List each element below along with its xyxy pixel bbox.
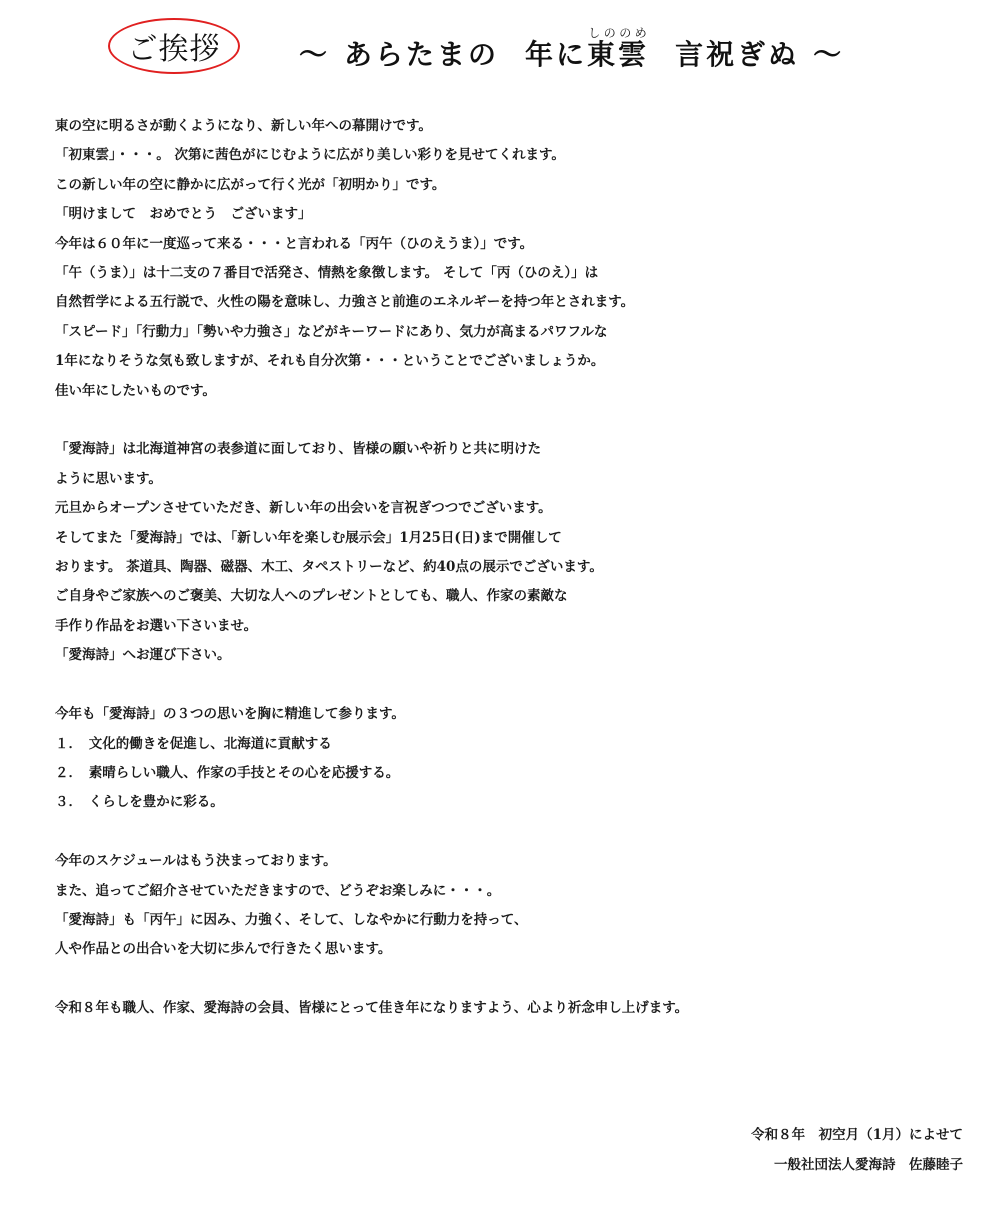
title-phrase-3: 言祝ぎぬ <box>675 38 799 71</box>
page-title: 〜あらたまの年に東雲しののめ言祝ぎぬ〜 <box>285 26 858 73</box>
text-line: 「午（うま）」は十二支の７番目で活発さ、情熱を象徴します。 そして「丙（ひのえ）… <box>55 259 955 288</box>
text-line: 東の空に明るさが動くようになり、新しい年への幕開けです。 <box>55 112 955 141</box>
paragraph-exhibition: 「愛海詩」は北海道神宮の表参道に面しており、皆様の願いや祈りと共に明けた ように… <box>55 435 955 670</box>
paragraph-three-principles: 今年も「愛海詩」の３つの思いを胸に精進して参ります。 １． 文化的働きを促進し、… <box>55 700 955 818</box>
greeting-badge: ご挨拶 <box>108 18 240 74</box>
text-line: 今年は６０年に一度巡って来る・・・と言われる「丙午（ひのえうま）」です。 <box>55 230 955 259</box>
text-line: ように思います。 <box>55 465 955 494</box>
text-line: 「初東雲」・・・。 次第に茜色がにじむように広がり美しい彩りを見せてくれます。 <box>55 141 955 170</box>
title-phrase-2-prefix: 年に <box>525 38 587 71</box>
text-line: 佳い年にしたいものです。 <box>55 377 955 406</box>
text-line: おります。 茶道具、陶器、磁器、木工、タペストリーなど、約40点の展示でございま… <box>55 553 955 582</box>
text-line: 自然哲学による五行説で、火性の陽を意味し、力強さと前進のエネルギーを持つ年とされ… <box>55 288 955 317</box>
tilde-left: 〜 <box>299 38 330 71</box>
letter-body: 東の空に明るさが動くようになり、新しい年への幕開けです。 「初東雲」・・・。 次… <box>55 112 955 1053</box>
title-ruby-shinonome: 東雲しののめ <box>587 38 649 71</box>
list-item: ２． 素晴らしい職人、作家の手技とその心を応援する。 <box>55 759 955 788</box>
paragraph-closing: 令和８年も職人、作家、愛海詩の会員、皆様にとって佳き年になりますよう、心より祈念… <box>55 994 955 1023</box>
text-line: 今年のスケジュールはもう決まっております。 <box>55 847 955 876</box>
text-line: 元旦からオープンさせていただき、新しい年の出会いを言祝ぎつつでございます。 <box>55 494 955 523</box>
text-line: 手作り作品をお選い下さいませ。 <box>55 612 955 641</box>
text-line: 人や作品との出合いを大切に歩んで行きたく思います。 <box>55 935 955 964</box>
greeting-heading: ご挨拶 <box>128 24 221 68</box>
title-row: ご挨拶 〜あらたまの年に東雲しののめ言祝ぎぬ〜 <box>0 0 989 90</box>
title-phrase-1: あらたまの <box>344 38 499 71</box>
text-line: 1年になりそうな気も致しますが、それも自分次第・・・ということでございましょうか… <box>55 347 955 376</box>
text-line: 今年も「愛海詩」の３つの思いを胸に精進して参ります。 <box>55 700 955 729</box>
ruby-reading: しののめ <box>587 26 649 40</box>
text-line: そしてまた「愛海詩」では、「新しい年を楽しむ展示会」1月25日(日)まで開催して <box>55 524 955 553</box>
text-line: この新しい年の空に静かに広がって行く光が「初明かり」です。 <box>55 171 955 200</box>
text-line: 「スピード」「行動力」「勢いや力強さ」などがキーワードにあり、気力が高まるパワフ… <box>55 318 955 347</box>
text-line: 「明けまして おめでとう ございます」 <box>55 200 955 229</box>
signature-author: 一般社団法人愛海詩 佐藤睦子 <box>751 1150 963 1180</box>
text-line: 令和８年も職人、作家、愛海詩の会員、皆様にとって佳き年になりますよう、心より祈念… <box>55 994 955 1023</box>
text-line: 「愛海詩」も「丙午」に因み、力強く、そして、しなやかに行動力を持って、 <box>55 906 955 935</box>
list-item: １． 文化的働きを促進し、北海道に貢献する <box>55 730 955 759</box>
text-line: 「愛海詩」へお運び下さい。 <box>55 641 955 670</box>
text-line: ご自身やご家族へのご褒美、大切な人へのプレゼントとしても、職人、作家の素敵な <box>55 582 955 611</box>
paragraph-schedule: 今年のスケジュールはもう決まっております。 また、追ってご紹介させていただきます… <box>55 847 955 965</box>
signature-date: 令和８年 初空月（1月）によせて <box>751 1120 963 1150</box>
paragraph-new-year: 東の空に明るさが動くようになり、新しい年への幕開けです。 「初東雲」・・・。 次… <box>55 112 955 406</box>
tilde-right: 〜 <box>813 38 844 71</box>
text-line: また、追ってご紹介させていただきますので、どうぞお楽しみに・・・。 <box>55 877 955 906</box>
list-item: ３． くらしを豊かに彩る。 <box>55 788 955 817</box>
signature-block: 令和８年 初空月（1月）によせて 一般社団法人愛海詩 佐藤睦子 <box>751 1120 963 1180</box>
text-line: 「愛海詩」は北海道神宮の表参道に面しており、皆様の願いや祈りと共に明けた <box>55 435 955 464</box>
